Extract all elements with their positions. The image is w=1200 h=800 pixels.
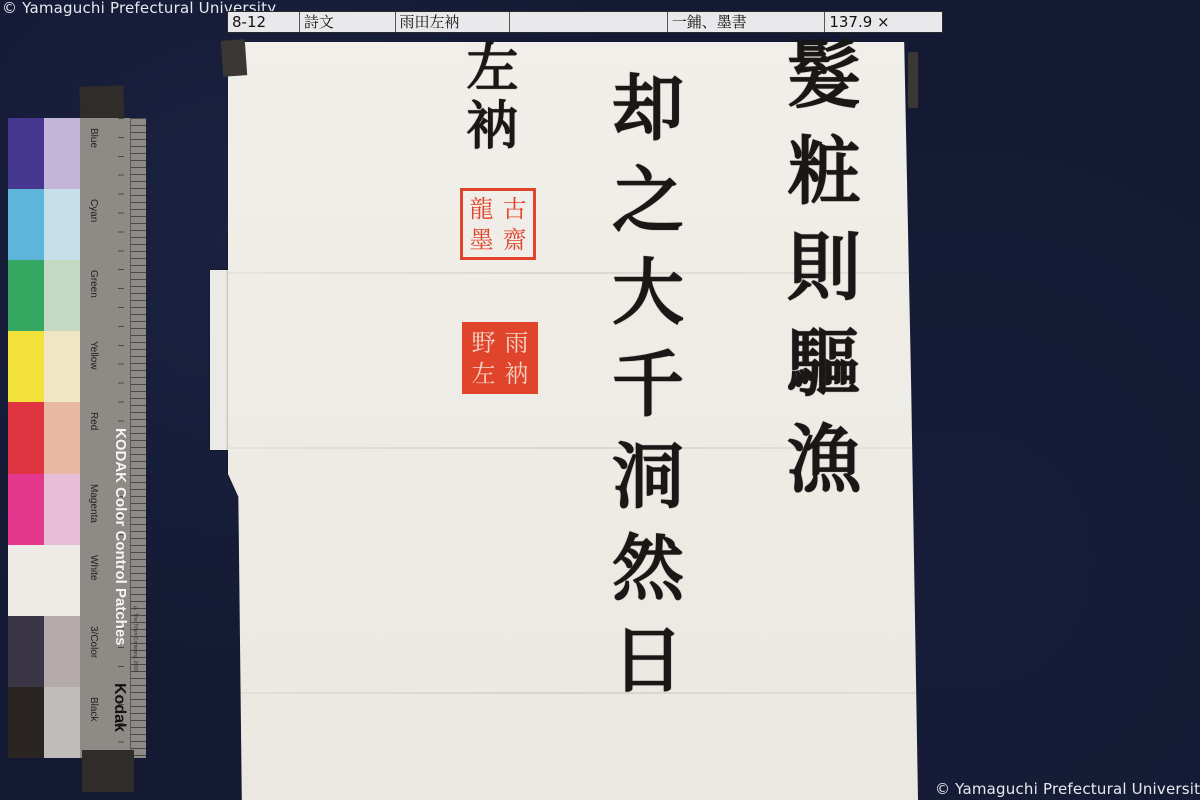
calligraphy-signature: 左衲 xyxy=(450,40,525,156)
seal-stamp-1: 龍 古 墨 齋 xyxy=(460,188,536,260)
patch-label: Cyan xyxy=(88,199,99,222)
color-control-patches xyxy=(8,118,80,758)
patch-light xyxy=(44,545,80,616)
seal-char: 野 xyxy=(467,331,500,355)
patch-light xyxy=(44,260,80,331)
patch-label: Yellow xyxy=(88,341,99,370)
patch-row-cyan xyxy=(8,189,80,260)
patch-dark xyxy=(8,545,44,616)
patch-light xyxy=(44,331,80,402)
patch-label: Black xyxy=(88,697,99,721)
patch-row-white xyxy=(8,545,80,616)
label-cell: 詩文 xyxy=(300,12,396,32)
patch-label: Red xyxy=(88,412,99,430)
copyright-watermark-bottom: © Yamaguchi Prefectural University xyxy=(935,780,1200,798)
seal-char: 墨 xyxy=(465,228,498,252)
label-cell: 一鋪、墨書 xyxy=(668,12,826,32)
catalog-label: 8-12詩文雨田左衲一鋪、墨書137.9 × xyxy=(227,11,943,33)
calligraphy-column-2: 却之大千洞然日 xyxy=(590,70,694,714)
seal-stamp-2: 野 雨 左 衲 xyxy=(462,322,538,394)
kodak-logo: Kodak xyxy=(110,683,128,732)
patch-row-red xyxy=(8,402,80,473)
patch-dark xyxy=(8,118,44,189)
patch-dark xyxy=(8,402,44,473)
color-control-copyright: © The Tiffen Company, 2000 xyxy=(132,606,138,672)
patch-row-3-color xyxy=(8,616,80,687)
seal-char: 齋 xyxy=(498,228,531,252)
seal-char: 龍 xyxy=(465,197,498,221)
paper-fold xyxy=(228,692,918,694)
tape-corner xyxy=(221,39,247,77)
patch-row-green xyxy=(8,260,80,331)
patch-light xyxy=(44,687,80,758)
label-cell: 雨田左衲 xyxy=(396,12,511,32)
seal-char: 雨 xyxy=(500,331,533,355)
seal-char: 左 xyxy=(467,362,500,386)
patch-dark xyxy=(8,189,44,260)
tape-strip-bottom xyxy=(82,750,134,792)
seal-char: 衲 xyxy=(500,362,533,386)
patch-row-black xyxy=(8,687,80,758)
patch-row-blue xyxy=(8,118,80,189)
patch-light xyxy=(44,118,80,189)
patch-light xyxy=(44,402,80,473)
measurement-ruler: KODAK Color Control Patches © The Tiffen… xyxy=(80,118,146,758)
patch-dark xyxy=(8,687,44,758)
patch-row-magenta xyxy=(8,474,80,545)
patch-label: 3/Color xyxy=(88,626,99,658)
patch-dark xyxy=(8,331,44,402)
calligraphy-column-1: 髮粧則驅漁 xyxy=(765,36,871,516)
color-control-brand: KODAK Color Control Patches xyxy=(112,428,129,646)
label-cell: 137.9 × xyxy=(825,12,942,32)
patch-label: Green xyxy=(88,270,99,298)
patch-light xyxy=(44,474,80,545)
patch-light xyxy=(44,189,80,260)
tape-edge xyxy=(908,52,918,108)
patch-label: Magenta xyxy=(88,484,99,523)
patch-dark xyxy=(8,616,44,687)
seal-char: 古 xyxy=(498,197,531,221)
patch-row-yellow xyxy=(8,331,80,402)
label-cell: 8-12 xyxy=(228,12,300,32)
patch-label: Blue xyxy=(88,128,99,148)
patch-dark xyxy=(8,474,44,545)
patch-label: White xyxy=(88,555,99,581)
patch-dark xyxy=(8,260,44,331)
patch-light xyxy=(44,616,80,687)
label-cell xyxy=(510,12,668,32)
